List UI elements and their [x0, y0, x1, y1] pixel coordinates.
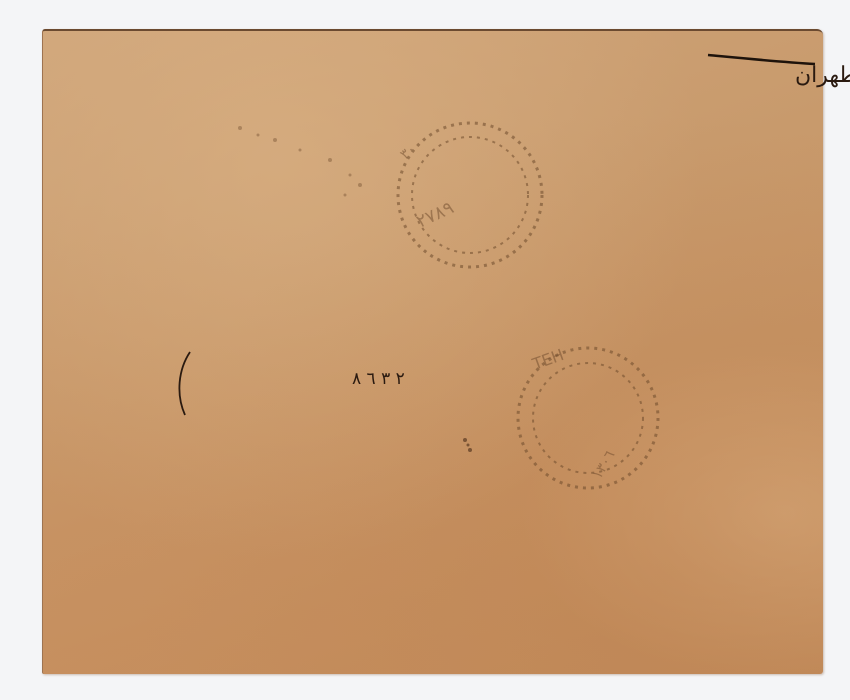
- destination-text: طهران: [795, 63, 850, 88]
- address-line-2: افتخار السادات والاعیان جناب حاجی سید مح…: [0, 0, 8, 4]
- reference-number: ٢ ٣ ٦ ٨: [352, 369, 405, 389]
- svg-text:٣٠: ٣٠: [397, 141, 419, 163]
- svg-text:١٣٠٦: ١٣٠٦: [590, 448, 619, 482]
- svg-text:TEH: TEH: [529, 345, 566, 374]
- address-line-1: برسد کارگزار جناب جلالت مآب اجل اکرم افخ…: [0, 0, 10, 5]
- svg-text:٢٧٨٩: ٢٧٨٩: [413, 197, 457, 232]
- ink-mark: [463, 438, 472, 452]
- postmark-upper: ٢٧٨٩ ٣٠: [397, 123, 542, 267]
- ink-smudge: [238, 126, 362, 197]
- postmark-lower: TEH ١٣٠٦: [518, 345, 658, 488]
- destination: طهران: [708, 55, 850, 88]
- envelope-markings: ٢٧٨٩ ٣٠ TEH ١٣٠٦ طهران برسد کارگزار جناب…: [0, 0, 850, 700]
